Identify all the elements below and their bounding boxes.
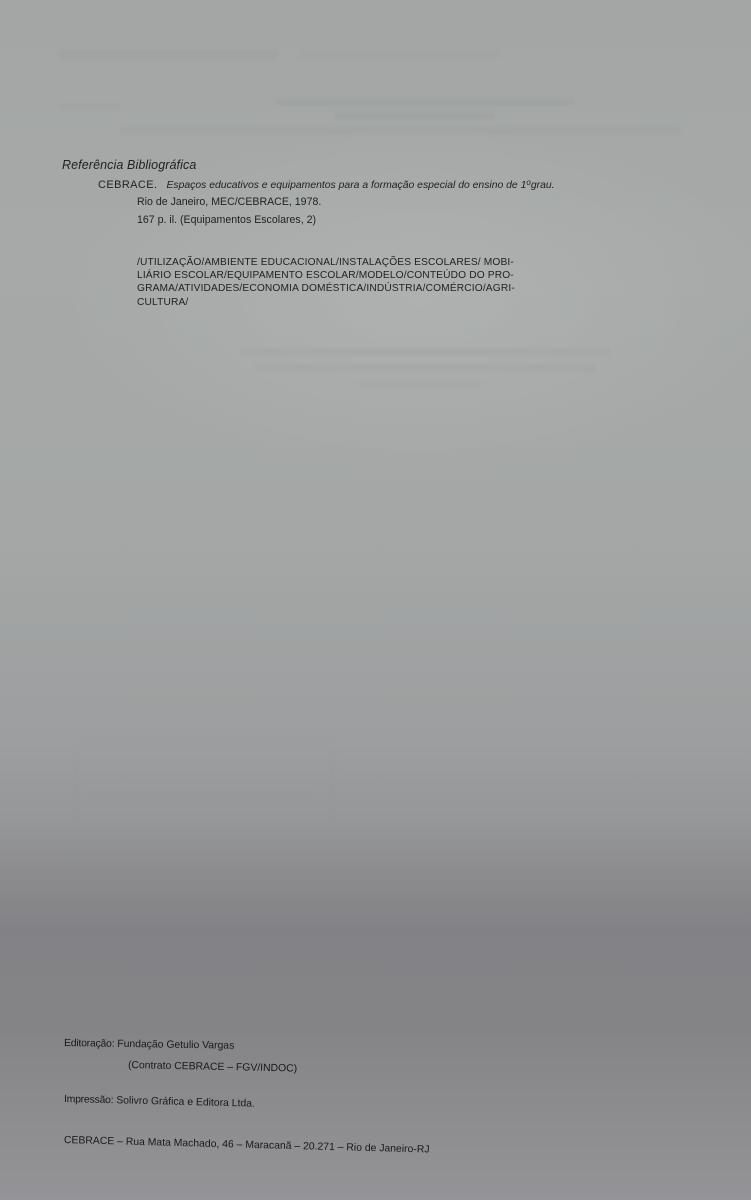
printing-label: Impressão: — [64, 1094, 114, 1106]
show-through-text — [360, 380, 480, 388]
show-through-text — [300, 50, 500, 58]
printing-value: Solivro Gráfica e Editora Ltda. — [116, 1095, 255, 1109]
show-through-text — [335, 112, 495, 119]
descriptor-line: LIÁRIO ESCOLAR/EQUIPAMENTO ESCOLAR/MODEL… — [137, 269, 607, 282]
document-page: Referência Bibliográfica CEBRACE. Espaço… — [0, 0, 751, 1200]
reference-entry: CEBRACE. Espaços educativos e equipament… — [98, 178, 555, 191]
editing-contract: (Contrato CEBRACE – FGV/INDOC) — [128, 1060, 297, 1075]
editing-credit: Editoração: Fundação Getulio Vargas — [64, 1038, 234, 1052]
show-through-text — [120, 126, 680, 134]
reference-heading: Referência Bibliográfica — [62, 158, 196, 172]
reference-physical-description: 167 p. il. (Equipamentos Escolares, 2) — [137, 214, 316, 226]
reference-publication: Rio de Janeiro, MEC/CEBRACE, 1978. — [137, 196, 321, 208]
show-through-text — [275, 98, 575, 106]
show-through-text — [58, 50, 278, 59]
show-through-text — [60, 103, 120, 110]
descriptor-line: /UTILIZAÇÃO/AMBIENTE EDUCACIONAL/INSTALA… — [137, 256, 607, 269]
descriptor-line: CULTURA/ — [137, 296, 607, 309]
editing-label: Editoração: — [64, 1038, 115, 1050]
show-through-text — [240, 348, 610, 356]
reference-title-end: grau. — [531, 180, 555, 191]
show-through-text — [85, 790, 315, 804]
subject-descriptors: /UTILIZAÇÃO/AMBIENTE EDUCACIONAL/INSTALA… — [137, 256, 607, 309]
reference-author: CEBRACE. — [98, 179, 157, 191]
publisher-address: CEBRACE – Rua Mata Machado, 46 – Maracan… — [64, 1135, 430, 1156]
show-through-text — [255, 364, 595, 372]
reference-title: Espaços educativos e equipamentos para a… — [167, 180, 555, 191]
reference-title-main: Espaços educativos e equipamentos para a… — [167, 180, 527, 191]
printing-credit: Impressão: Solivro Gráfica e Editora Ltd… — [64, 1094, 255, 1110]
editing-value: Fundação Getulio Vargas — [117, 1039, 234, 1052]
descriptor-line: GRAMA/ATIVIDADES/ECONOMIA DOMÉSTICA/INDÚ… — [137, 282, 607, 295]
